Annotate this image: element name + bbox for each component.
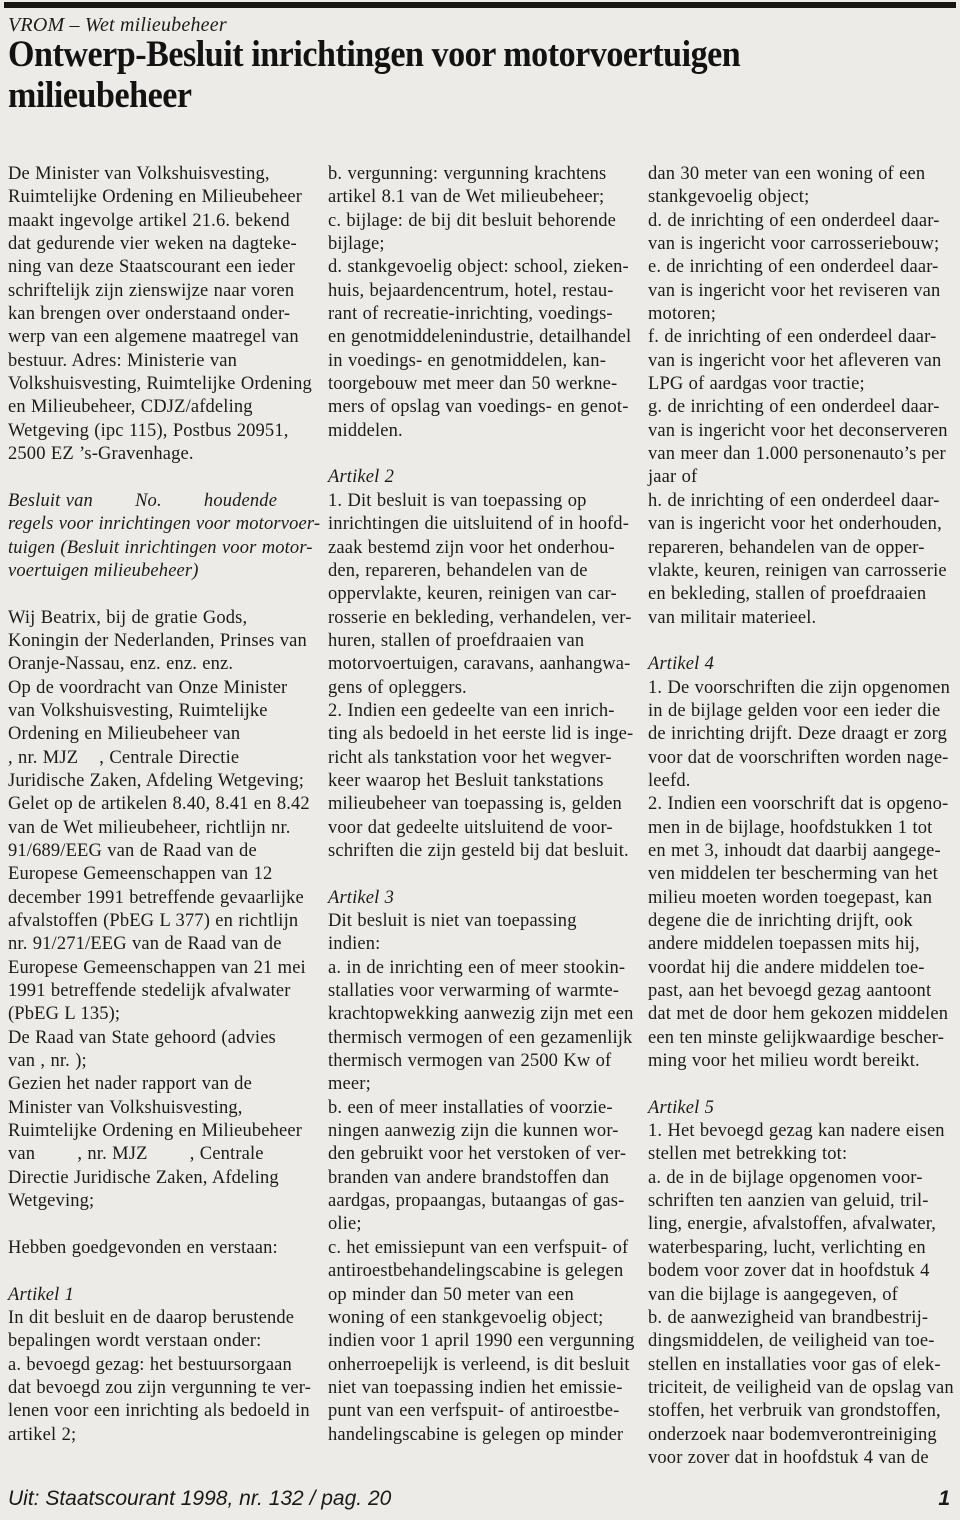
text-columns: De Minister van Volkshuisvesting, Ruimte… bbox=[8, 163, 954, 1470]
page-number: 1 bbox=[938, 1487, 950, 1511]
column-1: De Minister van Volkshuisvesting, Ruimte… bbox=[8, 163, 314, 1470]
paragraph: dan 30 meter van een woning of een stank… bbox=[648, 163, 954, 630]
paragraph: 1. Het bevoegd gezag kan nadere eisen st… bbox=[648, 1120, 954, 1470]
article-heading: Artikel 4 bbox=[648, 653, 954, 676]
top-rule bbox=[4, 2, 956, 8]
paragraph: De Minister van Volkshuisvesting, Ruimte… bbox=[8, 163, 314, 466]
page-title: Ontwerp-Besluit inrichtingen voor motorv… bbox=[8, 34, 928, 116]
paragraph: Besluit van No. houdende regels voor inr… bbox=[8, 490, 314, 583]
page-footer: Uit: Staatscourant 1998, nr. 132 / pag. … bbox=[8, 1487, 950, 1511]
paragraph: Dit besluit is niet van toepassing indie… bbox=[328, 910, 634, 1447]
article-heading: Artikel 5 bbox=[648, 1097, 954, 1120]
source-reference: Uit: Staatscourant 1998, nr. 132 / pag. … bbox=[8, 1487, 391, 1511]
article-heading: Artikel 2 bbox=[328, 466, 634, 489]
paragraph: In dit besluit en de daarop berustende b… bbox=[8, 1307, 314, 1447]
document-page: VROM – Wet milieubeheer Ontwerp-Besluit … bbox=[0, 0, 960, 1520]
paragraph: Wij Beatrix, bij de gratie Gods, Koningi… bbox=[8, 607, 314, 1214]
article-heading: Artikel 3 bbox=[328, 887, 634, 910]
paragraph: 1. Dit besluit is van toepassing op inri… bbox=[328, 490, 634, 864]
article-heading: Artikel 1 bbox=[8, 1284, 314, 1307]
paragraph: b. vergunning: vergunning krachtens arti… bbox=[328, 163, 634, 443]
paragraph: Hebben goedgevonden en verstaan: bbox=[8, 1237, 314, 1260]
column-2: b. vergunning: vergunning krachtens arti… bbox=[328, 163, 634, 1470]
column-3: dan 30 meter van een woning of een stank… bbox=[648, 163, 954, 1470]
paragraph: 1. De voorschriften die zijn opgenomen i… bbox=[648, 677, 954, 1074]
